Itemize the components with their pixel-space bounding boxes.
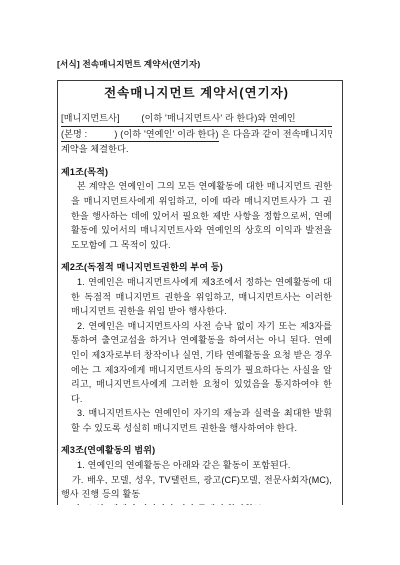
article-3-subitem-ga: 가. 배우, 모델, 성우, TV탤런트, 광고(CF)모델, 전문사회자(MC…	[61, 473, 332, 502]
article-1-heading: 제1조(목적)	[61, 165, 332, 180]
article-3-item-1: 1. 연예인의 연예활동은 아래와 같은 활동이 포함된다.	[61, 458, 332, 473]
contract-box: 전속매니지먼트 계약서(연기자) [매니지먼트사] (이하 '매니지먼트사' 라…	[57, 80, 343, 505]
article-2-heading: 제2조(독점적 매니지먼트권한의 부여 등)	[61, 260, 332, 275]
article-2-item-3: 3. 매니지먼트사는 연예인이 자기의 재능과 실력을 최대한 발휘할 수 있도…	[61, 406, 332, 435]
contract-intro: [매니지먼트사] (이하 '매니지먼트사' 라 한다)와 연예인 (본명 : )…	[61, 112, 332, 157]
form-type-label: [서식] 전속매니지먼트 계약서(연기자)	[57, 58, 200, 70]
contract-body: [매니지먼트사] (이하 '매니지먼트사' 라 한다)와 연예인 (본명 : )…	[61, 112, 332, 505]
article-3-heading: 제3조(연예활동의 범위)	[61, 443, 332, 458]
article-3: 제3조(연예활동의 범위) 1. 연예인의 연예활동은 아래와 같은 활동이 포…	[61, 443, 332, 505]
intro-artist-name-blank: (본명 : ) (이하 '연예인' 이라 한다)	[61, 128, 219, 143]
contract-title: 전속매니지먼트 계약서(연기자)	[61, 86, 332, 100]
article-2-item-1: 1. 연예인은 매니지먼트사에게 제3조에서 정하는 연예활동에 대한 독점적 …	[61, 275, 332, 319]
intro-artist-line-rest: 은 다음과 같이 전속매니지먼트	[219, 129, 332, 139]
intro-management-party-line: [매니지먼트사] (이하 '매니지먼트사' 라 한다)와 연예인	[61, 112, 332, 127]
intro-artist-party-line: (본명 : ) (이하 '연예인' 이라 한다) 은 다음과 같이 전속매니지먼…	[61, 127, 332, 143]
intro-closing-line: 계약을 체결한다.	[61, 142, 332, 157]
article-3-subitem-na: 나. 소설, 에세이 집필이나 기타 문예적 창작활동	[61, 502, 332, 505]
article-2-item-2: 2. 연예인은 매니지먼트사의 사전 승낙 없이 자기 또는 제3자를 통하여 …	[61, 319, 332, 407]
article-1-paragraph: 본 계약은 연예인이 그의 모든 연예활동에 대한 매니지먼트 권한을 매니지먼…	[61, 179, 332, 252]
article-1: 제1조(목적) 본 계약은 연예인이 그의 모든 연예활동에 대한 매니지먼트 …	[61, 165, 332, 253]
document-page: [서식] 전속매니지먼트 계약서(연기자) 전속매니지먼트 계약서(연기자) […	[0, 0, 400, 565]
article-2: 제2조(독점적 매니지먼트권한의 부여 등) 1. 연예인은 매니지먼트사에게 …	[61, 260, 332, 435]
